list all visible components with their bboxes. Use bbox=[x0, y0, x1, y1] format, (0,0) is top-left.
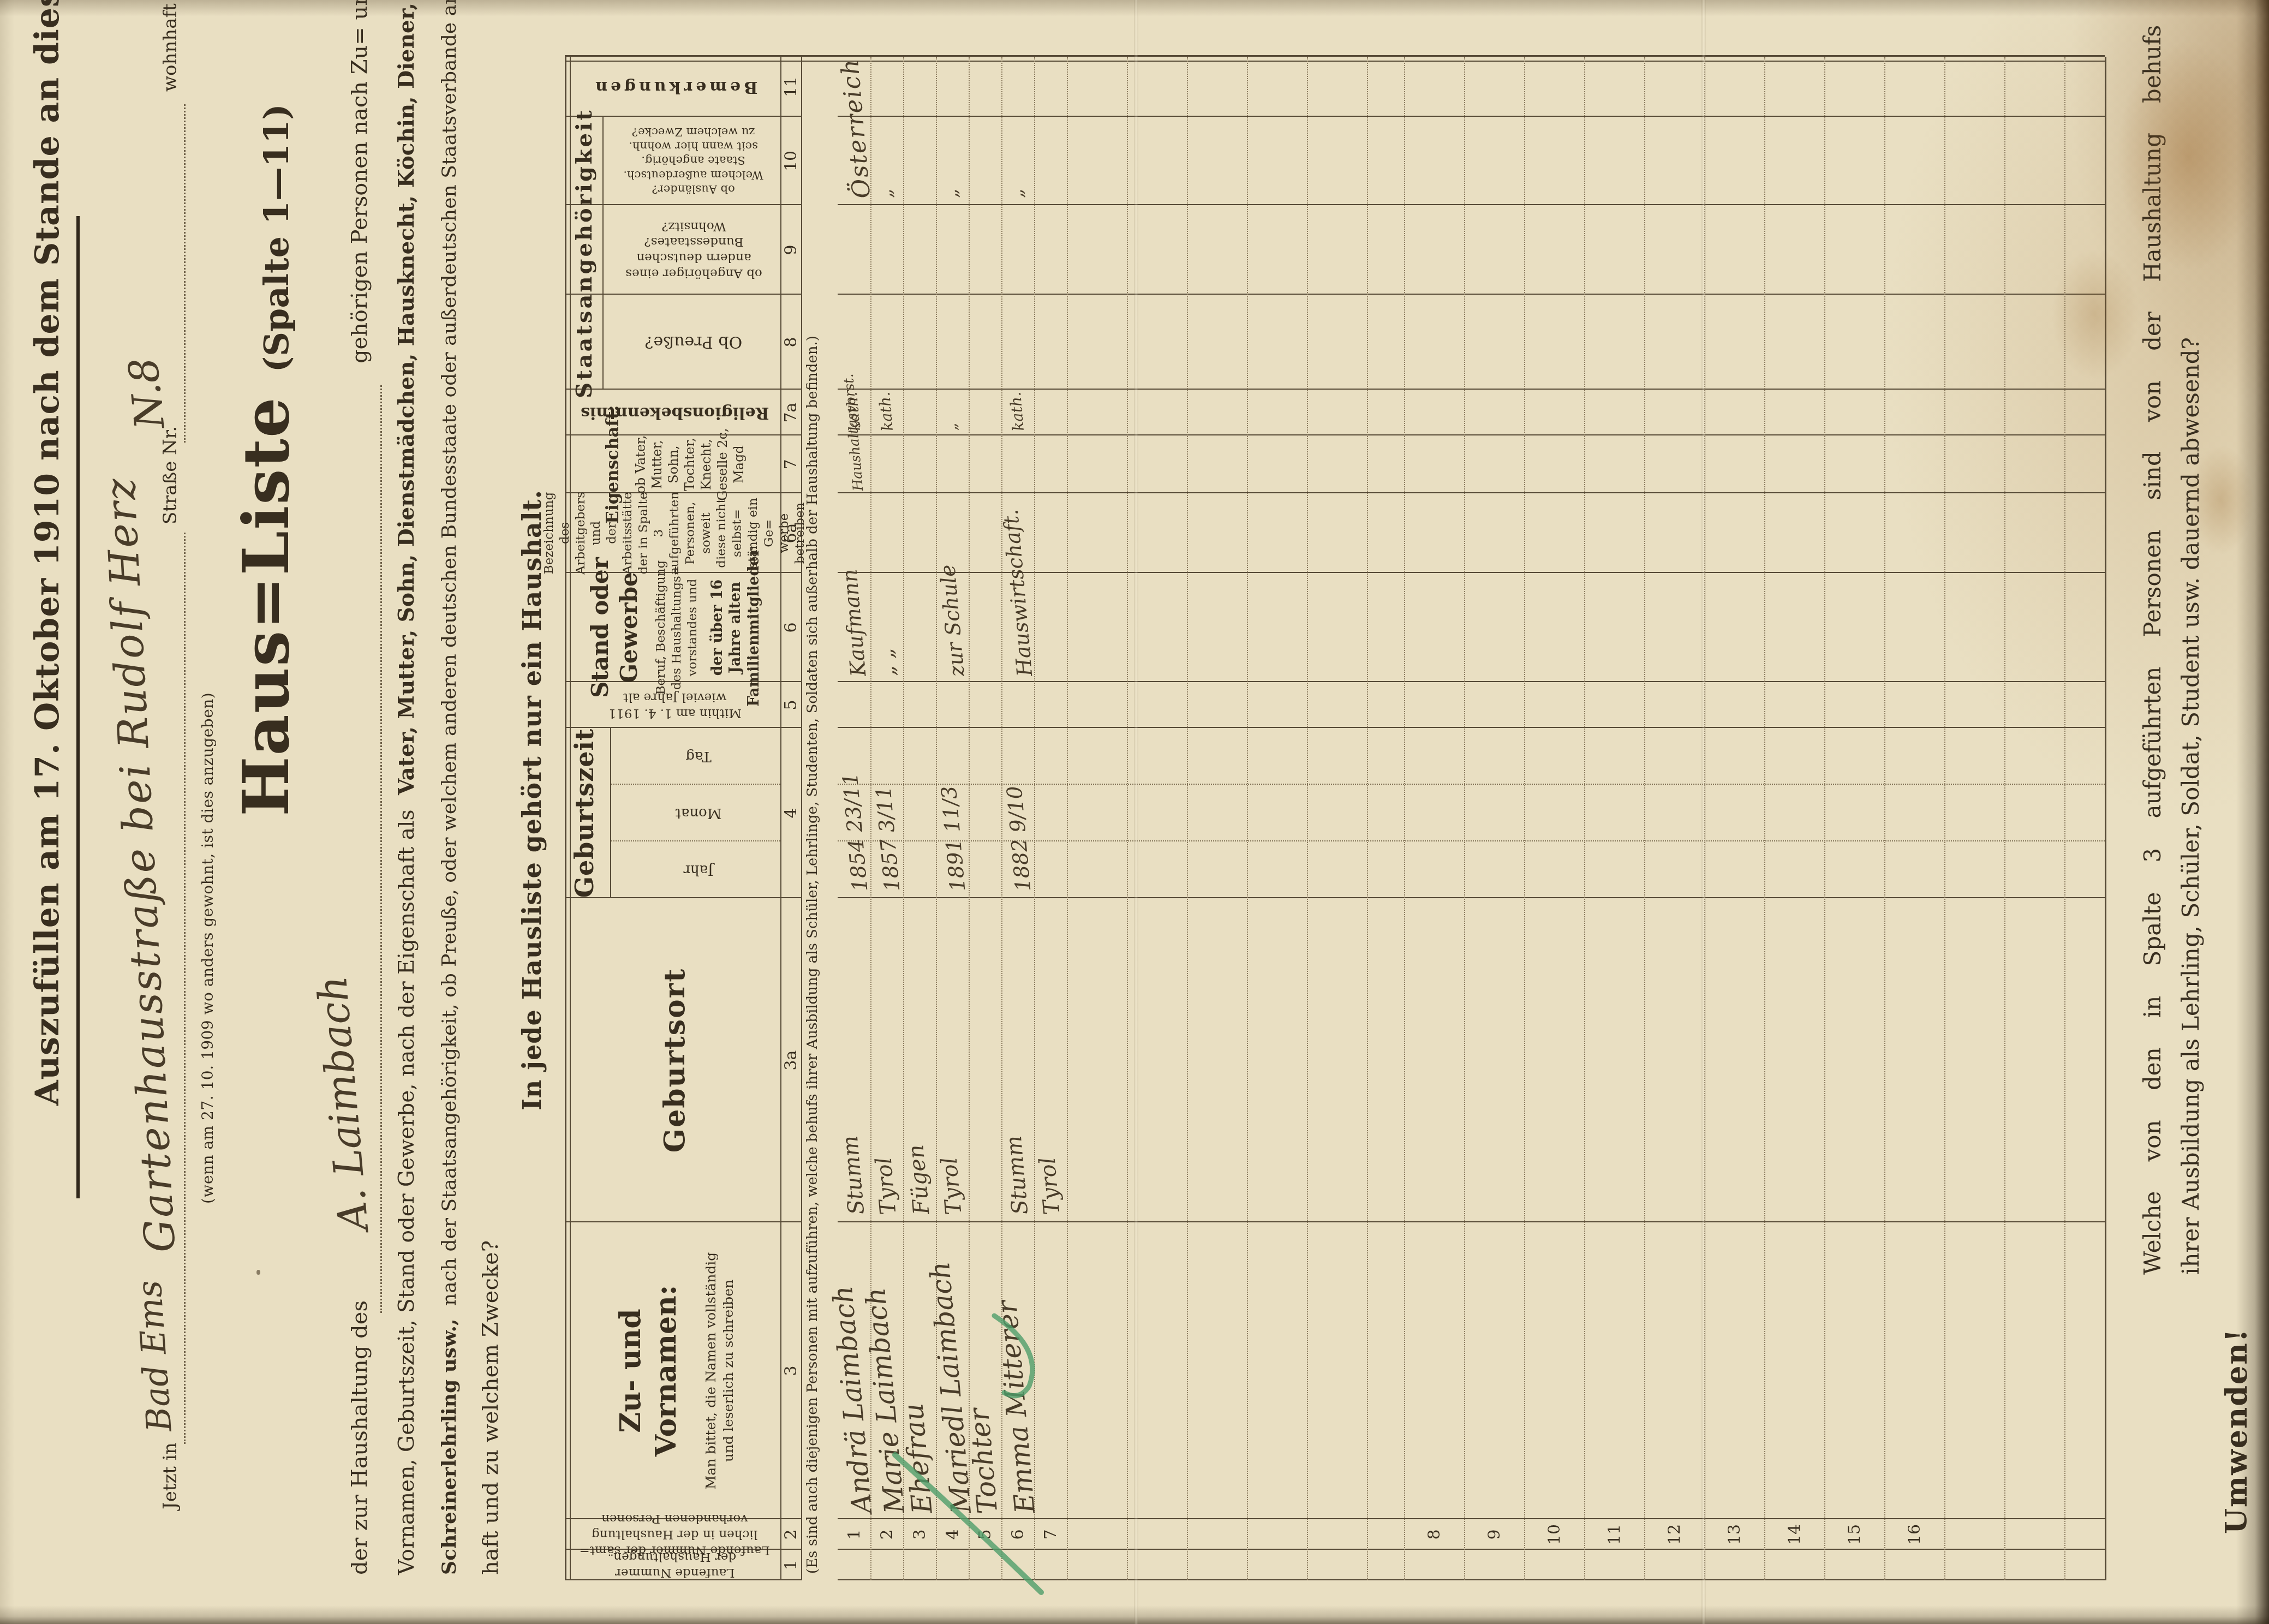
green-pencil-marks bbox=[0, 0, 2269, 1624]
green-check-stroke bbox=[895, 1455, 1041, 1592]
bottom-question-line-1: Welche von den in Spalte 3 aufgeführten … bbox=[2139, 25, 2166, 1275]
green-hook-stroke bbox=[994, 1316, 1032, 1396]
scanned-census-form: Auszufüllen am 17. Oktober 1910 nach dem… bbox=[0, 0, 2269, 1624]
turn-over-label: Umwenden! bbox=[2219, 1328, 2254, 1534]
bottom-question-line-2: ihrer Ausbildung als Lehrling, Schüler, … bbox=[2177, 337, 2204, 1275]
screenshot-stage: Auszufüllen am 17. Oktober 1910 nach dem… bbox=[0, 0, 2269, 1624]
